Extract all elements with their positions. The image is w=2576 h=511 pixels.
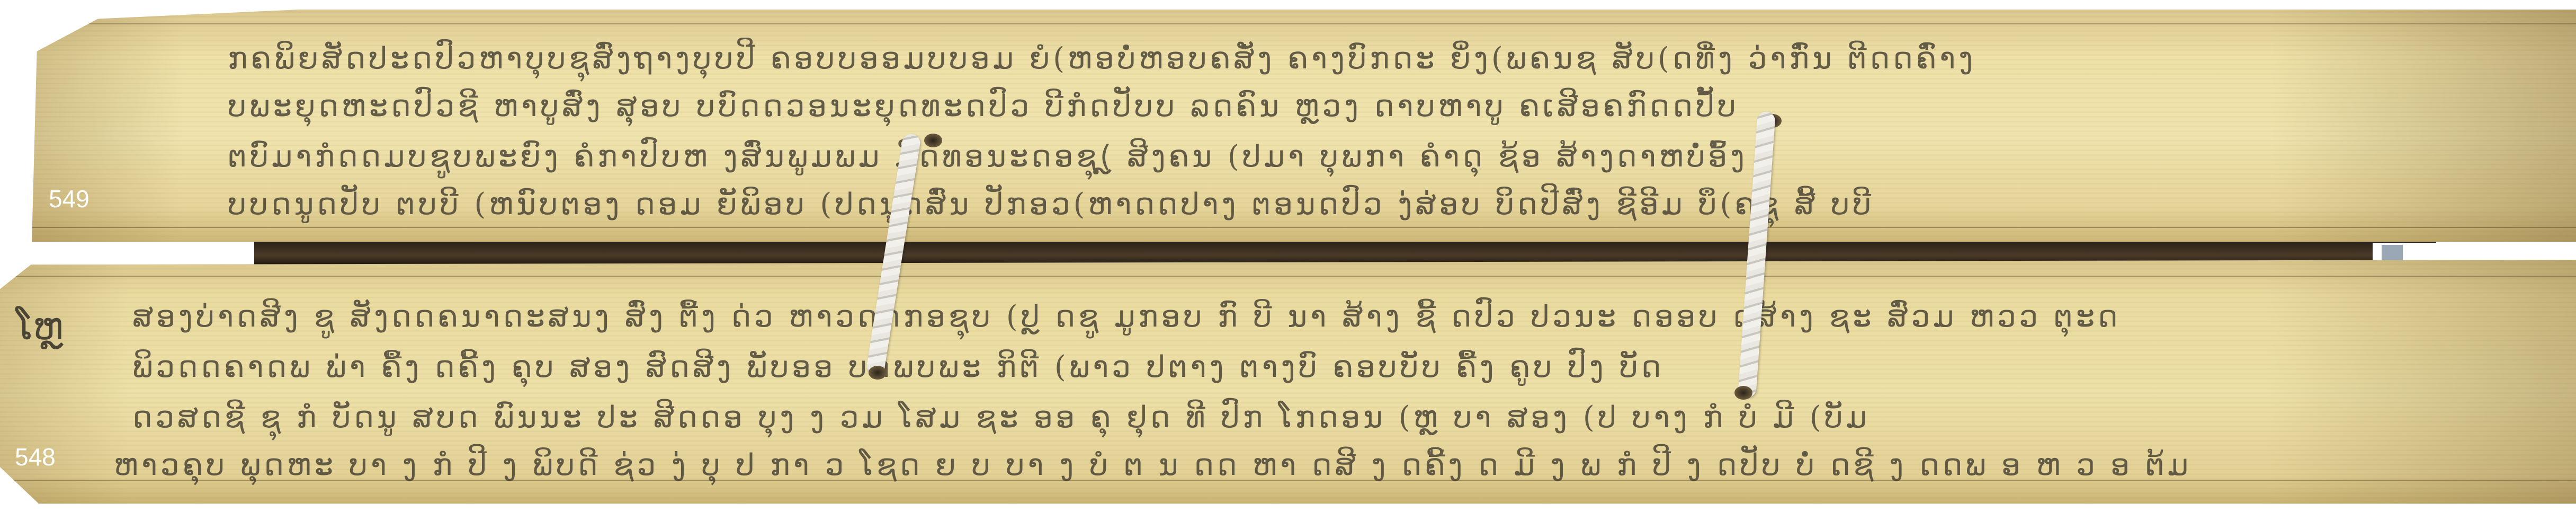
- binding-hole: [924, 134, 942, 147]
- script-line: ບບດນູດປັບ ຕບບີ (ຫນົບຕອງ ດອມ ຍັພິອບ (ປດນູ…: [228, 187, 1874, 222]
- binding-hole: [869, 366, 887, 380]
- folio-number-label: 548: [15, 443, 56, 471]
- script-line: ດວສດຊີ ຊຸ ກໍ ບັດນູ ສບດ ພົນນະ ປະ ສີດດອ ບຸ…: [132, 400, 1870, 435]
- binding-hole: [1734, 386, 1752, 400]
- script-line: ຕບົມາກໍດດມບຊູບພະຍົງ ຄໍກາປົບຫ ງສົ່ນພູມພມ …: [228, 139, 1748, 174]
- script-line: ສອງບ່າດສີງ ຊູ ສັງດດຄນາດະສນງ ສົ່ງ ຕື້ງ ດ່…: [132, 299, 2121, 334]
- leaf-ruling-line: [32, 227, 2576, 228]
- script-line: ບພະຍຸດຫະດປົວຊີ ຫາບູສົ່ງ ສຸອບ ບບົດດວອນະຍຸ…: [228, 89, 1739, 124]
- script-line: ພິວດດຄາດພ ພ່າ ຄື້ງ ດຄີ້ງ ຄຸບ ສອງ ສົດສີງ …: [132, 350, 1664, 384]
- background-fleck: [2382, 245, 2403, 261]
- palm-leaf-folio-548: ໂຫຼ ສອງບ່າດສີງ ຊູ ສັງດດຄນາດະສນງ ສົ່ງ ຕື້…: [0, 260, 2576, 504]
- folio-number-label: 549: [49, 184, 90, 213]
- script-line: ກຄພິຍສັດປະດປົວຫາບຸບຊຸສົ່ງຖາງບຸບປີ ຄອບບອອ…: [228, 41, 1976, 76]
- margin-numeral-mark: ໂຫຼ: [16, 305, 64, 348]
- palm-leaf-folio-549: ກຄພິຍສັດປະດປົວຫາບຸບຊຸສົ່ງຖາງບຸບປີ ຄອບບອອ…: [32, 10, 2576, 242]
- leaf-ruling-line: [32, 23, 2576, 24]
- leaf-ruling-line: [0, 276, 2576, 277]
- script-line: ຫາວຄຸບ ພຸດຫະ ບາ ງ ກໍ ປີ ງ ພິບດີ ຊ່ວ ງ່ ບ…: [114, 448, 2192, 482]
- manuscript-photo: ກຄພິຍສັດປະດປົວຫາບຸບຊຸສົ່ງຖາງບຸບປີ ຄອບບອອ…: [0, 0, 2576, 511]
